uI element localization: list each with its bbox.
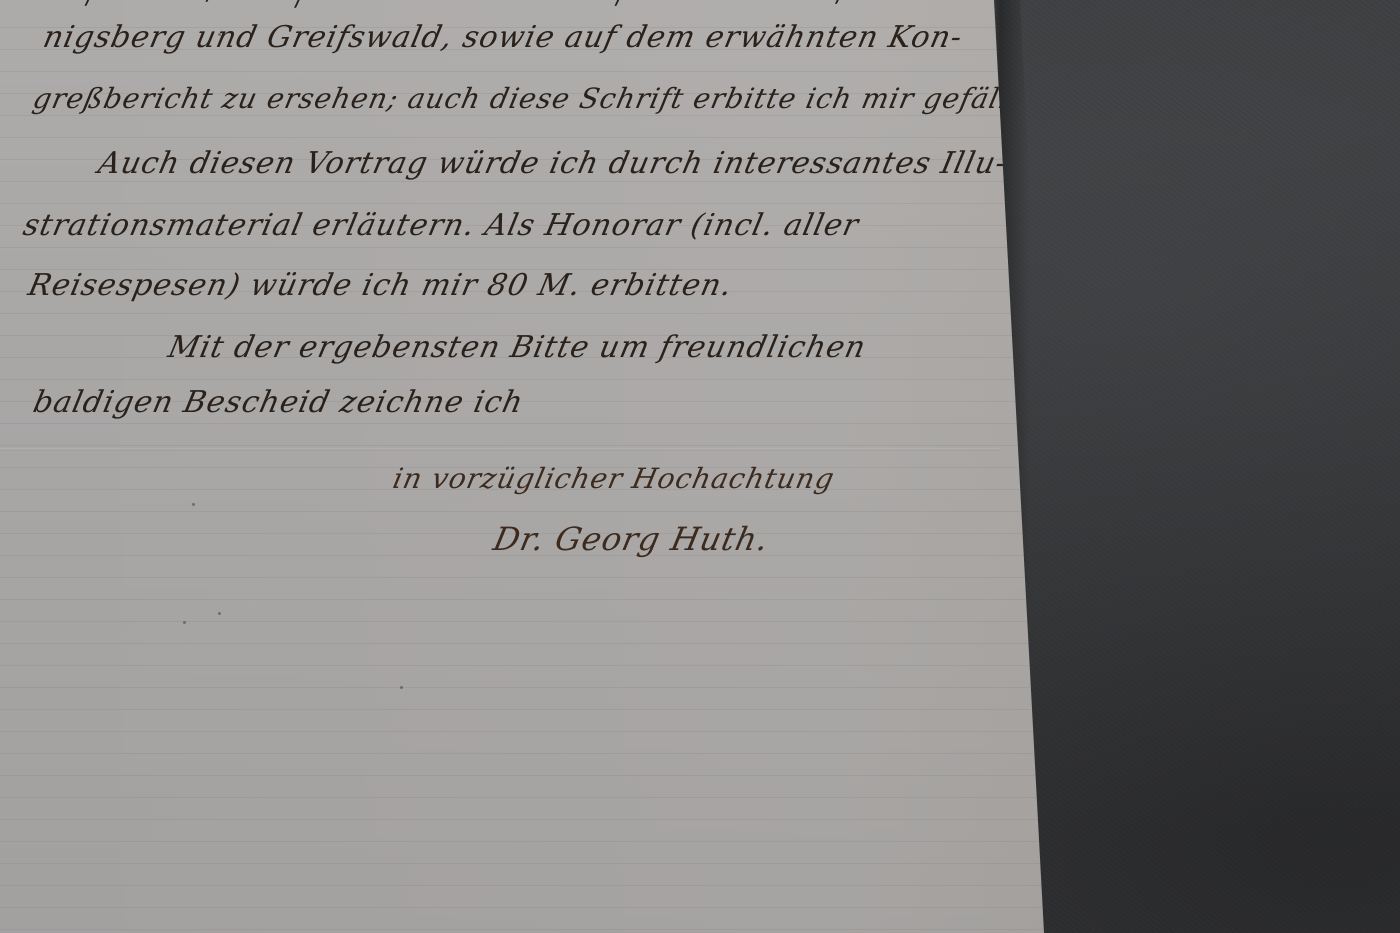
letter-line-6: Mit der ergebensten Bitte um freundliche… bbox=[165, 330, 869, 365]
letter-closing: in vorzüglicher Hochachtung bbox=[390, 462, 838, 495]
paper-speck bbox=[183, 621, 186, 624]
paper-speck bbox=[218, 612, 221, 615]
letter-body: nigsberg und Greifswald, sowie auf dem e… bbox=[0, 0, 1000, 933]
letter-line-5: Reisespesen) würde ich mir 80 M. erbitte… bbox=[25, 268, 736, 303]
paper-speck bbox=[400, 686, 403, 689]
letter-signature: Dr. Georg Huth. bbox=[490, 520, 773, 558]
previous-line-descenders bbox=[60, 0, 1000, 8]
paper-speck bbox=[192, 503, 195, 506]
letter-line-1: nigsberg und Greifswald, sowie auf dem e… bbox=[40, 20, 966, 55]
letter-line-3: Auch diesen Vortrag würde ich durch inte… bbox=[95, 146, 1011, 181]
letter-line-7: baldigen Bescheid zeichne ich bbox=[30, 385, 527, 420]
paper-speck bbox=[218, 33, 221, 36]
letter-line-4: strationsmaterial erläutern. Als Honorar… bbox=[20, 208, 862, 243]
letter-paper: nigsberg und Greifswald, sowie auf dem e… bbox=[0, 0, 1050, 933]
